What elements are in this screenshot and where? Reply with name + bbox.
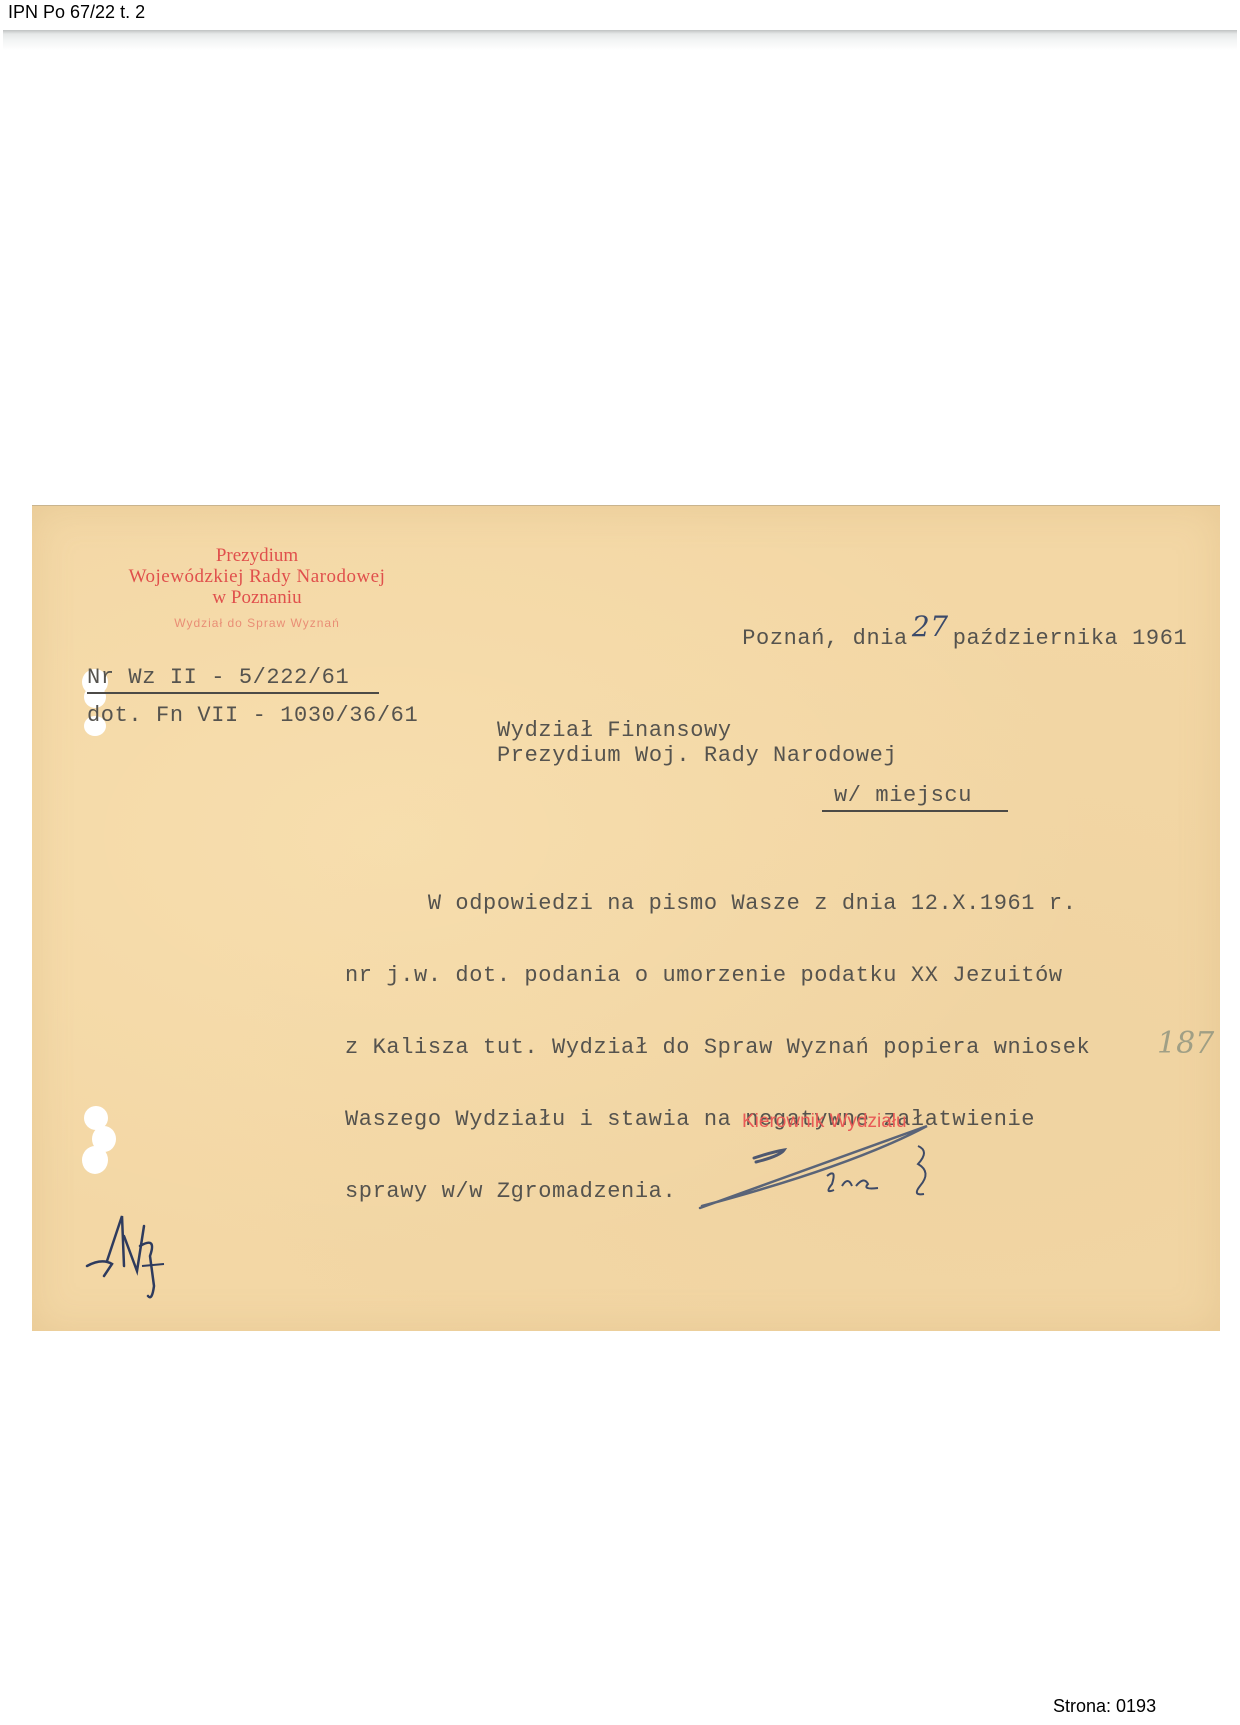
stamp-line-city: w Poznaniu xyxy=(102,588,412,609)
initials-scribble-icon xyxy=(82,1206,172,1306)
letterhead-stamp: Prezydium Wojewódzkiej Rady Narodowej w … xyxy=(102,546,412,630)
stamp-line-presidium: Prezydium xyxy=(102,546,412,567)
our-reference: Nr Wz II - 5/222/61 xyxy=(87,665,379,694)
recipient-line-3: w/ miejscu xyxy=(822,783,1008,812)
place-date-prefix: Poznań, dnia xyxy=(742,626,908,651)
body-line: z Kalisza tut. Wydział do Spraw Wyznań p… xyxy=(345,1036,1090,1060)
regarding-reference: dot. Fn VII - 1030/36/61 xyxy=(87,703,418,728)
archive-reference: IPN Po 67/22 t. 2 xyxy=(8,2,145,23)
letter-sheet: 187 Prezydium Wojewódzkiej Rady Narodowe… xyxy=(32,505,1220,1331)
handwritten-day: 27 xyxy=(912,610,949,643)
signature-scribble-icon xyxy=(692,1106,962,1216)
place-date-line: Poznań, dnia27października 1961 xyxy=(687,593,1187,676)
stamp-line-council: Wojewódzkiej Rady Narodowej xyxy=(102,567,412,588)
body-line: W odpowiedzi na pismo Wasze z dnia 12.X.… xyxy=(345,892,1090,916)
recipient-line-1: Wydział Finansowy xyxy=(497,718,732,743)
stamp-line-department: Wydział do Spraw Wyznań xyxy=(102,617,412,630)
place-date-suffix: października 1961 xyxy=(953,626,1188,651)
punch-hole xyxy=(82,1146,108,1174)
page-number: Strona: 0193 xyxy=(1053,1696,1156,1717)
recipient-line-2: Prezydium Woj. Rady Narodowej xyxy=(497,743,897,768)
folio-number: 187 xyxy=(1157,1026,1214,1061)
body-line: nr j.w. dot. podania o umorzenie podatku… xyxy=(345,964,1090,988)
scan-bed-edge xyxy=(3,30,1237,50)
